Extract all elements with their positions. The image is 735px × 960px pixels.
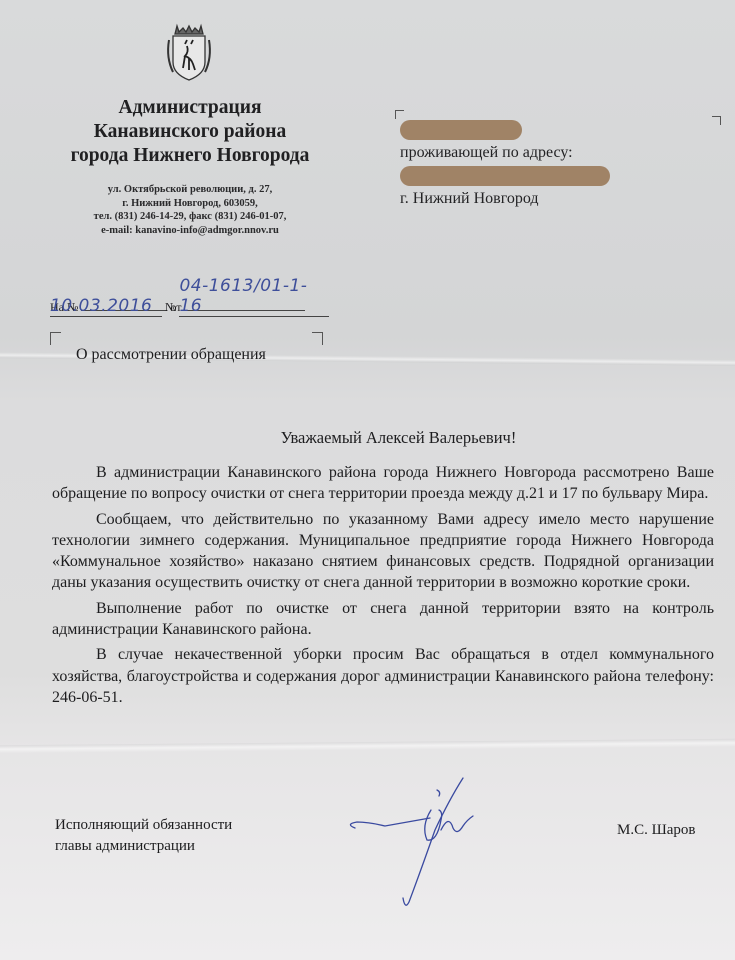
organization-contacts: ул. Октябрьской революции, д. 27, г. Ниж… — [55, 183, 325, 237]
phone-fax-line: тел. (831) 246-14-29, факс (831) 246-01-… — [55, 210, 325, 224]
registration-block: 10.03.2016 № 04-1613/01-1-16 На № от — [50, 276, 340, 316]
signatory-position: Исполняющий обязанности главы администра… — [55, 815, 232, 857]
paragraph: В администрации Канавинского района горо… — [52, 462, 714, 505]
redacted-address — [400, 166, 610, 186]
handwritten-signature-icon — [345, 770, 495, 920]
letter-subject: О рассмотрении обращения — [76, 346, 266, 364]
registration-number: 04-1613/01-1-16 — [179, 276, 329, 317]
recipient-name-row — [400, 120, 730, 142]
subject-corner-right — [312, 332, 323, 345]
recipient-address-label: проживающей по адресу: — [400, 142, 730, 164]
greeting: Уважаемый Алексей Валерьевич! — [0, 428, 735, 448]
paper-fold-lower — [0, 739, 735, 753]
org-line: Канавинского района — [55, 120, 325, 144]
position-line: Исполняющий обязанности — [55, 815, 232, 836]
organization-name: Администрация Канавинского района города… — [55, 96, 325, 168]
coat-of-arms-icon — [163, 22, 215, 84]
registration-date: 10.03.2016 — [50, 296, 162, 317]
email-line: e-mail: kanavino-info@admgor.nnov.ru — [55, 224, 325, 238]
org-line: города Нижнего Новгорода — [55, 144, 325, 168]
number-label: № — [165, 300, 176, 314]
paragraph: Сообщаем, что действительно по указанном… — [52, 509, 714, 594]
redacted-name — [400, 120, 522, 140]
recipient-city: г. Нижний Новгород — [400, 188, 730, 210]
recipient-address-row — [400, 166, 730, 188]
position-line: главы администрации — [55, 836, 232, 857]
letter-body: В администрации Канавинского района горо… — [52, 462, 714, 712]
org-line: Администрация — [55, 96, 325, 120]
subject-corner-left — [50, 332, 61, 345]
address-line: ул. Октябрьской революции, д. 27, — [55, 183, 325, 197]
paragraph: В случае некачественной уборки просим Ва… — [52, 644, 714, 708]
outgoing-registration: 10.03.2016 № 04-1613/01-1-16 — [50, 276, 340, 298]
address-line: г. Нижний Новгород, 603059, — [55, 197, 325, 211]
recipient-block: проживающей по адресу: г. Нижний Новгоро… — [400, 118, 730, 210]
paragraph: Выполнение работ по очистке от снега дан… — [52, 598, 714, 641]
signatory-name: М.С. Шаров — [617, 822, 695, 839]
